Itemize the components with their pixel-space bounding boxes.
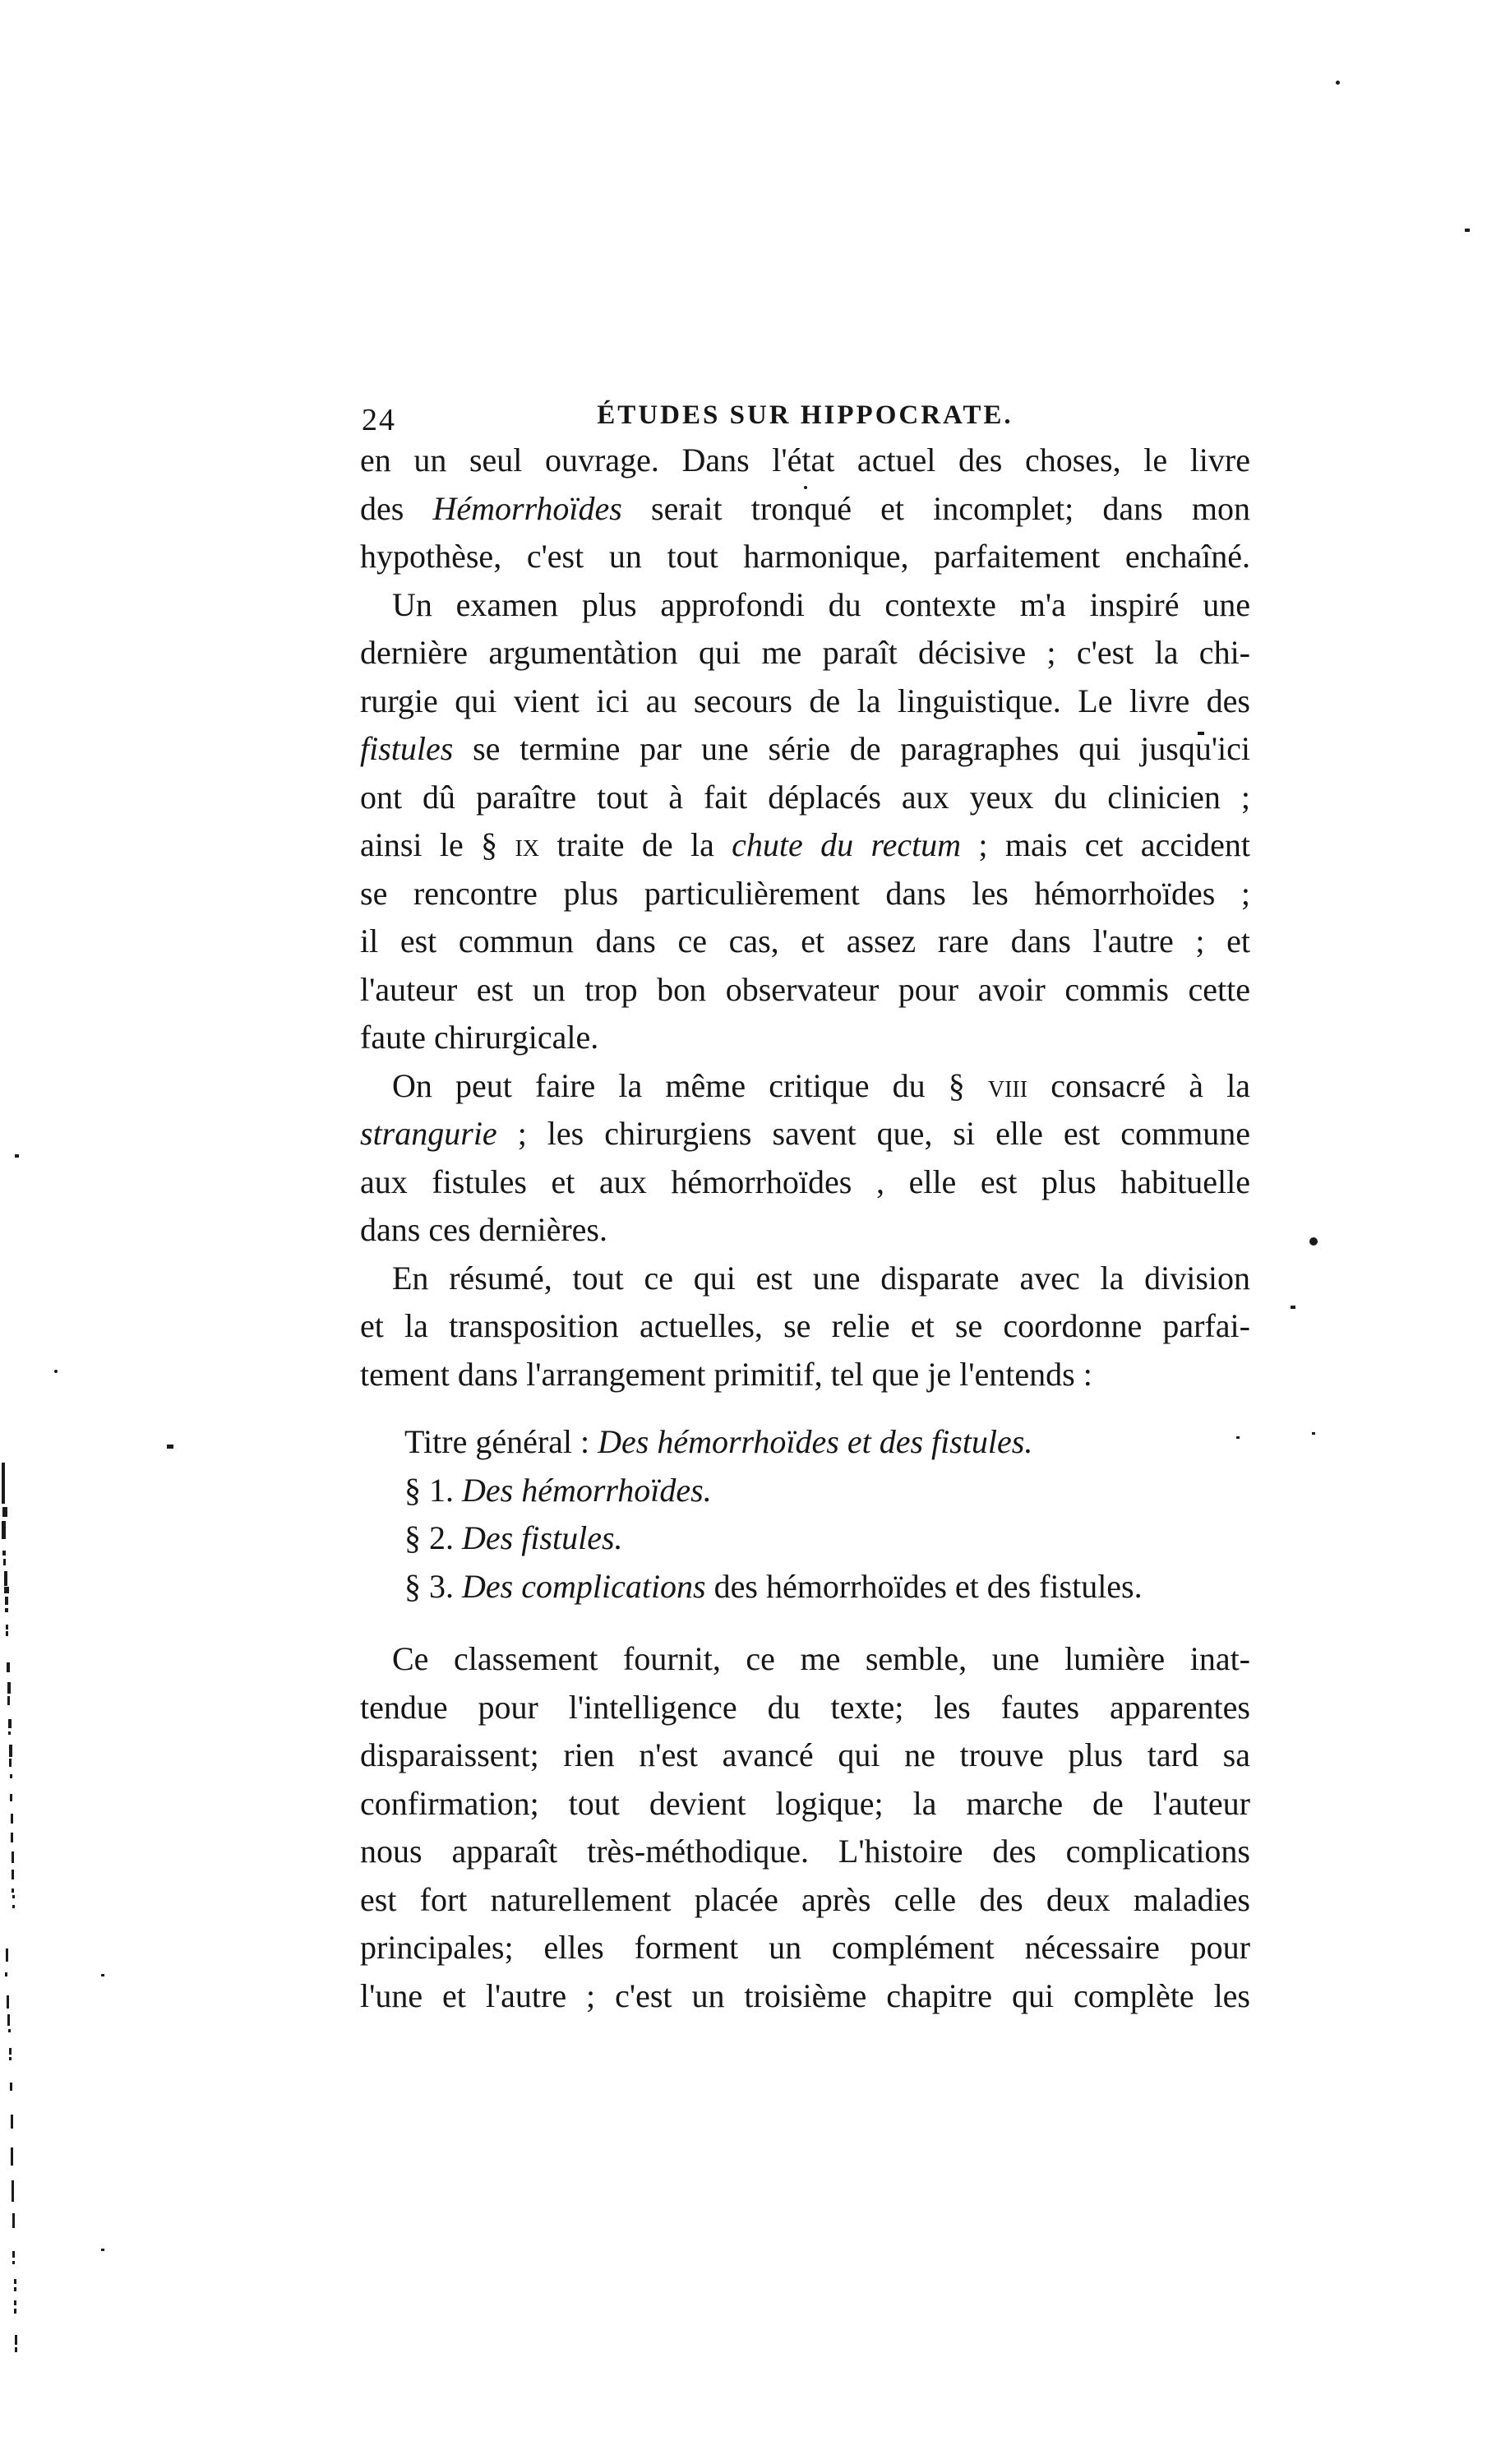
text-segment: principales; elles forment un complément… [360, 1929, 1250, 1966]
text-segment: § 3. [404, 1568, 462, 1605]
margin-tick [14, 2287, 16, 2291]
margin-tick [12, 2213, 15, 2228]
text-line: aux fistules et aux hémorrhoïdes , elle … [360, 1158, 1250, 1207]
margin-tick [8, 1731, 11, 1735]
text-line: principales; elles forment un complément… [360, 1924, 1250, 1972]
margin-tick [10, 1794, 12, 1801]
page-header: 24 ÉTUDES SUR HIPPOCRATE. [360, 399, 1250, 438]
text-segment: ; mais cet accident [961, 826, 1250, 863]
text-segment: en un seul ouvrage. Dans l'état actuel d… [360, 441, 1250, 478]
text-segment: l'auteur est un trop bon observateur pou… [360, 971, 1250, 1008]
text-segment: ainsi le § [360, 826, 515, 863]
ink-speck [1336, 81, 1340, 85]
margin-tick [11, 1814, 13, 1824]
text-segment: consacré à la [1027, 1067, 1250, 1104]
margin-tick [12, 2251, 15, 2258]
margin-tick [11, 1833, 13, 1842]
text-segment: nous apparaît très-méthodique. L'histoir… [360, 1833, 1250, 1870]
text-line: § 2. Des fistules. [360, 1514, 1250, 1563]
text-segment: il est commun dans ce cas, et assez rare… [360, 922, 1250, 959]
margin-tick [12, 1895, 15, 1898]
margin-tick [7, 1995, 9, 2009]
margin-tick [8, 1719, 12, 1728]
text-line: En résumé, tout ce qui est une disparate… [360, 1255, 1250, 1303]
text-segment: rurgie qui vient ici au secours de la li… [360, 682, 1250, 719]
text-segment: disparaissent; rien n'est avancé qui ne … [360, 1736, 1250, 1773]
text-segment: hypothèse, c'est un tout harmonique, par… [360, 538, 1250, 575]
text-segment: et la transposition actuelles, se relie … [360, 1307, 1250, 1344]
text-line: ont dû paraître tout à fait déplacés aux… [360, 774, 1250, 822]
margin-tick [3, 1559, 6, 1565]
ink-speck [1291, 1306, 1295, 1309]
text-segment: faute chirurgicale. [360, 1019, 598, 1056]
text-line: hypothèse, c'est un tout harmonique, par… [360, 533, 1250, 581]
text-segment: des hémorrhoïdes et des fistules. [706, 1568, 1143, 1605]
margin-tick [10, 2083, 12, 2091]
margin-tick [11, 2115, 13, 2129]
text-line: strangurie ; les chirurgiens savent que,… [360, 1110, 1250, 1158]
text-line: On peut faire la même critique du § viii… [360, 1062, 1250, 1111]
ink-speck [1312, 1432, 1315, 1435]
margin-tick [9, 2057, 12, 2060]
margin-tick [14, 2300, 16, 2305]
text-segment: dernière argumentàtion qui me paraît déc… [360, 634, 1250, 671]
margin-tick [5, 1597, 8, 1605]
margin-tick [12, 1888, 14, 1893]
italic-text: Des hémorrhoïdes et des fistules. [598, 1423, 1032, 1460]
text-line: il est commun dans ce cas, et assez rare… [360, 918, 1250, 966]
margin-tick [5, 1608, 8, 1612]
smallcaps-text: ix [515, 826, 539, 863]
text-segment: aux fistules et aux hémorrhoïdes , elle … [360, 1163, 1250, 1200]
ink-speck [1236, 1436, 1240, 1439]
margin-tick [6, 1625, 8, 1630]
text-segment: se termine par une série de paragraphes … [453, 730, 1250, 767]
text-segment: Un examen plus approfondi du contexte m'… [392, 586, 1250, 623]
italic-text: chute du rectum [732, 826, 961, 863]
margin-tick [7, 1662, 10, 1672]
text-block: en un seul ouvrage. Dans l'état actuel d… [360, 437, 1250, 2020]
margin-tick [4, 1587, 9, 1593]
margin-tick [14, 2279, 16, 2284]
text-segment: se rencontre plus particulièrement dans … [360, 875, 1250, 912]
margin-tick [12, 2261, 15, 2264]
margin-tick [5, 1972, 7, 1976]
text-line: des Hémorrhoïdes serait tronqué et incom… [360, 485, 1250, 534]
ink-speck [1198, 732, 1204, 735]
text-line: est fort naturellement placée après cell… [360, 1876, 1250, 1925]
text-line: l'une et l'autre ; c'est un troisième ch… [360, 1972, 1250, 2021]
text-segment: des [360, 490, 432, 527]
text-line: tendue pour l'intelligence du texte; les… [360, 1684, 1250, 1732]
margin-tick [7, 2014, 10, 2026]
ink-speck [101, 2249, 104, 2251]
margin-tick [9, 1745, 12, 1757]
text-segment: En résumé, tout ce qui est une disparate… [392, 1260, 1250, 1297]
text-line: en un seul ouvrage. Dans l'état actuel d… [360, 437, 1250, 485]
text-line: § 3. Des complications des hémorrhoïdes … [360, 1563, 1250, 1611]
margin-tick [15, 2347, 17, 2352]
ink-speck [15, 1154, 19, 1158]
margin-tick [6, 1949, 8, 1962]
text-segment: On peut faire la même critique du § [392, 1067, 988, 1104]
text-segment: confirmation; tout devient logique; la m… [360, 1785, 1250, 1822]
text-segment: est fort naturellement placée après cell… [360, 1881, 1250, 1918]
text-line: disparaissent; rien n'est avancé qui ne … [360, 1731, 1250, 1780]
text-line: rurgie qui vient ici au secours de la li… [360, 677, 1250, 726]
text-segment: § 2. [404, 1519, 462, 1556]
text-line: confirmation; tout devient logique; la m… [360, 1780, 1250, 1828]
text-segment: l'une et l'autre ; c'est un troisième ch… [360, 1977, 1250, 2014]
ink-speck [804, 486, 807, 489]
text-line: fistules se termine par une série de par… [360, 725, 1250, 774]
text-line: dans ces dernières. [360, 1206, 1250, 1255]
text-line: faute chirurgicale. [360, 1014, 1250, 1062]
margin-tick [2, 1507, 7, 1517]
text-line: l'auteur est un trop bon observateur pou… [360, 966, 1250, 1015]
smallcaps-text: viii [988, 1067, 1027, 1104]
text-line: et la transposition actuelles, se relie … [360, 1302, 1250, 1351]
text-segment: traite de la [539, 826, 732, 863]
book-page: 24 ÉTUDES SUR HIPPOCRATE. en un seul ouv… [0, 0, 1510, 2464]
margin-tick [7, 1696, 10, 1705]
ink-speck [1309, 1237, 1318, 1246]
ink-speck [167, 1445, 173, 1449]
margin-tick [2, 1551, 6, 1556]
text-segment: tement dans l'arrangement primitif, tel … [360, 1356, 1092, 1393]
text-segment: § 1. [404, 1472, 462, 1509]
text-line: Titre général : Des hémorrhoïdes et des … [360, 1418, 1250, 1467]
margin-tick [14, 2309, 16, 2314]
margin-tick [12, 1905, 15, 1908]
margin-tick [12, 2180, 14, 2202]
italic-text: Des complications [462, 1568, 706, 1605]
italic-text: strangurie [360, 1115, 497, 1152]
ink-speck [54, 1370, 58, 1373]
text-segment: ; les chirurgiens savent que, si elle es… [497, 1115, 1250, 1152]
text-segment: serait tronqué et incomplet; dans mon [622, 490, 1250, 527]
margin-tick [9, 2048, 12, 2055]
ink-speck [1465, 229, 1470, 232]
text-line: dernière argumentàtion qui me paraît déc… [360, 629, 1250, 677]
running-title: ÉTUDES SUR HIPPOCRATE. [360, 400, 1250, 431]
italic-text: Hémorrhoïdes [432, 490, 621, 527]
margin-tick [12, 1851, 14, 1863]
text-segment: dans ces dernières. [360, 1211, 607, 1248]
margin-tick [4, 1571, 7, 1586]
text-segment: Titre général : [404, 1423, 598, 1460]
margin-tick [8, 2029, 11, 2032]
text-line: Un examen plus approfondi du contexte m'… [360, 581, 1250, 630]
text-segment: tendue pour l'intelligence du texte; les… [360, 1689, 1250, 1726]
margin-tick [6, 1631, 8, 1636]
italic-text: Des fistules. [462, 1519, 623, 1556]
margin-tick [11, 2147, 13, 2166]
text-line: se rencontre plus particulièrement dans … [360, 870, 1250, 918]
margin-tick [2, 1463, 5, 1504]
text-line: tement dans l'arrangement primitif, tel … [360, 1351, 1250, 1399]
italic-text: fistules [360, 730, 453, 767]
margin-tick [10, 1774, 12, 1778]
ink-speck [101, 1974, 104, 1976]
text-line: § 1. Des hémorrhoïdes. [360, 1467, 1250, 1515]
text-line: ainsi le § ix traite de la chute du rect… [360, 821, 1250, 870]
margin-tick [15, 2335, 17, 2345]
text-segment: ont dû paraître tout à fait déplacés aux… [360, 779, 1250, 816]
margin-tick [7, 1682, 11, 1694]
text-line: Ce classement fournit, ce me semble, une… [360, 1635, 1250, 1684]
margin-tick [12, 1870, 14, 1879]
text-line: nous apparaît très-méthodique. L'histoir… [360, 1828, 1250, 1876]
margin-tick [9, 1759, 12, 1767]
text-segment: Ce classement fournit, ce me semble, une… [392, 1640, 1250, 1677]
margin-tick [2, 1521, 6, 1539]
italic-text: Des hémorrhoïdes. [462, 1472, 712, 1509]
